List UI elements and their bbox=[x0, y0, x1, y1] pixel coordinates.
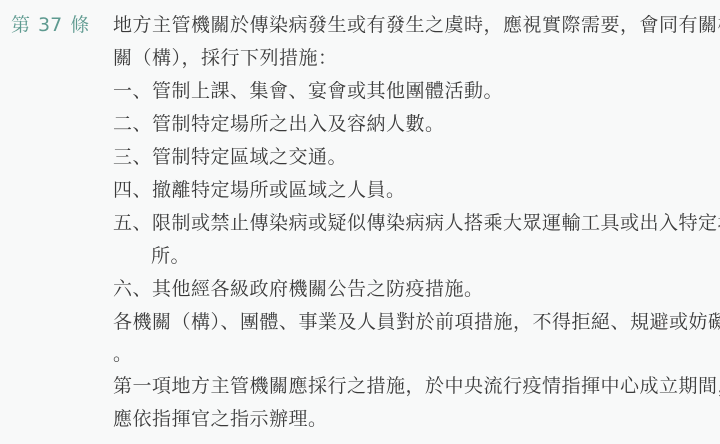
list-item-5-continuation: 所。 bbox=[113, 240, 713, 273]
paragraph-line: 關（構），採行下列措施： bbox=[113, 42, 713, 75]
paragraph-line: 地方主管機關於傳染病發生或有發生之虞時，應視實際需要，會同有關機 bbox=[113, 9, 713, 42]
item-text: 管制上課、集會、宴會或其他團體活動。 bbox=[152, 75, 503, 108]
list-item-5: 五、 限制或禁止傳染病或疑似傳染病病人搭乘大眾運輸工具或出入特定場 bbox=[113, 207, 713, 240]
item-text: 撤離特定場所或區域之人員。 bbox=[152, 174, 406, 207]
paragraph-line: 應依指揮官之指示辦理。 bbox=[113, 403, 713, 436]
paragraph-1: 地方主管機關於傳染病發生或有發生之虞時，應視實際需要，會同有關機 關（構），採行… bbox=[113, 9, 713, 75]
item-number: 三、 bbox=[113, 141, 152, 174]
item-text: 限制或禁止傳染病或疑似傳染病病人搭乘大眾運輸工具或出入特定場 bbox=[152, 207, 720, 240]
item-number: 五、 bbox=[113, 207, 152, 240]
item-number: 四、 bbox=[113, 174, 152, 207]
paragraph-3: 第一項地方主管機關應採行之措施，於中央流行疫情指揮中心成立期間， 應依指揮官之指… bbox=[113, 370, 713, 436]
article-number: 37 bbox=[38, 14, 62, 36]
paragraph-line: 第一項地方主管機關應採行之措施，於中央流行疫情指揮中心成立期間， bbox=[113, 370, 713, 403]
law-article: 第37條 地方主管機關於傳染病發生或有發生之虞時，應視實際需要，會同有關機 關（… bbox=[0, 0, 720, 444]
item-number: 二、 bbox=[113, 108, 152, 141]
list-item-1: 一、 管制上課、集會、宴會或其他團體活動。 bbox=[113, 75, 713, 108]
paragraph-2: 各機關（構）、團體、事業及人員對於前項措施，不得拒絕、規避或妨礙 。 bbox=[113, 306, 713, 370]
article-body: 地方主管機關於傳染病發生或有發生之虞時，應視實際需要，會同有關機 關（構），採行… bbox=[113, 9, 713, 436]
list-item-2: 二、 管制特定場所之出入及容納人數。 bbox=[113, 108, 713, 141]
article-label-suffix: 條 bbox=[70, 14, 89, 36]
item-text: 管制特定區域之交通。 bbox=[152, 141, 347, 174]
paragraph-line: 。 bbox=[113, 339, 713, 370]
list-item-3: 三、 管制特定區域之交通。 bbox=[113, 141, 713, 174]
article-label-prefix: 第 bbox=[11, 14, 30, 36]
paragraph-line: 各機關（構）、團體、事業及人員對於前項措施，不得拒絕、規避或妨礙 bbox=[113, 306, 713, 339]
list-item-4: 四、 撤離特定場所或區域之人員。 bbox=[113, 174, 713, 207]
item-number: 六、 bbox=[113, 273, 152, 306]
item-text: 管制特定場所之出入及容納人數。 bbox=[152, 108, 445, 141]
item-text: 其他經各級政府機關公告之防疫措施。 bbox=[152, 273, 484, 306]
item-number: 一、 bbox=[113, 75, 152, 108]
list-item-6: 六、 其他經各級政府機關公告之防疫措施。 bbox=[113, 273, 713, 306]
article-number-label: 第37條 bbox=[11, 11, 89, 39]
